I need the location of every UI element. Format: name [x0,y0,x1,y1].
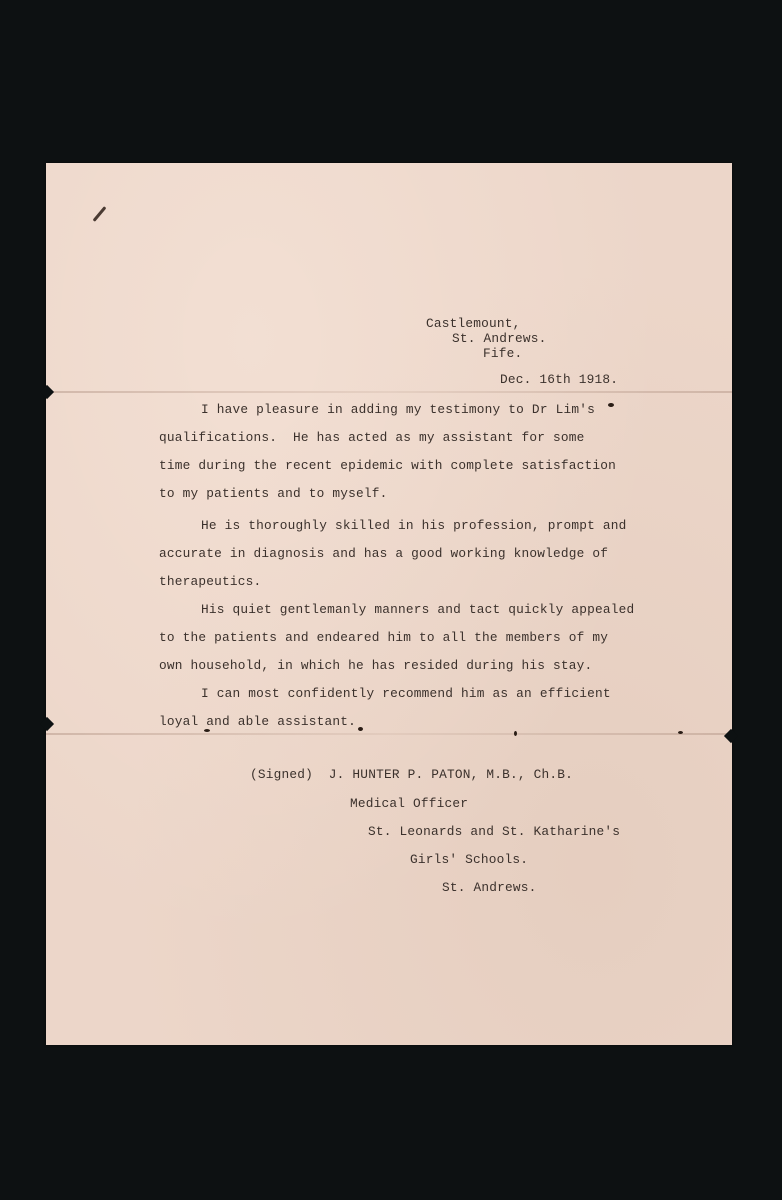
address-line-3: Fife. [483,346,522,361]
signatory-place: St. Andrews. [442,880,537,895]
body-line: to the patients and endeared him to all … [159,630,608,645]
ink-mark [358,727,363,731]
body-line: accurate in diagnosis and has a good wor… [159,546,608,561]
edge-tear [40,385,54,399]
signatory-organization: St. Leonards and St. Katharine's [368,824,620,839]
letter-paper: Castlemount, St. Andrews. Fife. Dec. 16t… [46,163,732,1045]
letter-date: Dec. 16th 1918. [500,372,618,387]
signatory-title: Medical Officer [350,796,468,811]
body-line: He is thoroughly skilled in his professi… [201,518,627,533]
body-line: I have pleasure in adding my testimony t… [201,402,595,417]
edge-tear [40,717,54,731]
body-line: qualifications. He has acted as my assis… [159,430,585,445]
signatory-organization-2: Girls' Schools. [410,852,528,867]
edge-tear [724,729,738,743]
body-line: loyal and able assistant. [159,714,356,729]
ink-mark [93,206,107,222]
address-line-2: St. Andrews. [452,331,547,346]
address-line-1: Castlemount, [426,316,521,331]
ink-mark [204,729,210,732]
body-line: His quiet gentlemanly manners and tact q… [201,602,634,617]
signature-line: (Signed) J. HUNTER P. PATON, M.B., Ch.B. [250,767,573,782]
body-line: I can most confidently recommend him as … [201,686,611,701]
fold-crease-lower [46,733,732,735]
body-line: own household, in which he has resided d… [159,658,592,673]
fold-crease-upper [46,391,732,393]
body-line: to my patients and to myself. [159,486,388,501]
ink-mark [608,403,614,407]
ink-mark [678,731,683,734]
body-line: therapeutics. [159,574,261,589]
ink-mark [514,731,517,736]
body-line: time during the recent epidemic with com… [159,458,616,473]
